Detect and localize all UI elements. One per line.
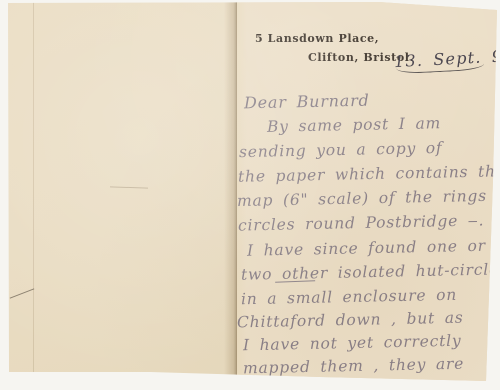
letter-line: By same post I am: [267, 114, 441, 136]
archival-shelf-mark: Ja. 1. 8o5: [1, 329, 10, 381]
letterhead-address-line1: 5 Lansdown Place,: [255, 32, 379, 45]
scanned-letter-spread: Ja. 1. 8o5 5 Lansdown Place, Clifton, Br…: [0, 0, 500, 390]
pencil-tick-mark: [10, 288, 35, 298]
letter-paper: Ja. 1. 8o5 5 Lansdown Place, Clifton, Br…: [0, 0, 500, 390]
paper-crease: [33, 2, 34, 374]
faint-pencil-mark: [110, 186, 148, 188]
center-fold-shadow: [224, 0, 236, 390]
word-underline-stroke: [275, 271, 315, 282]
salutation: Dear Burnard: [244, 91, 370, 113]
